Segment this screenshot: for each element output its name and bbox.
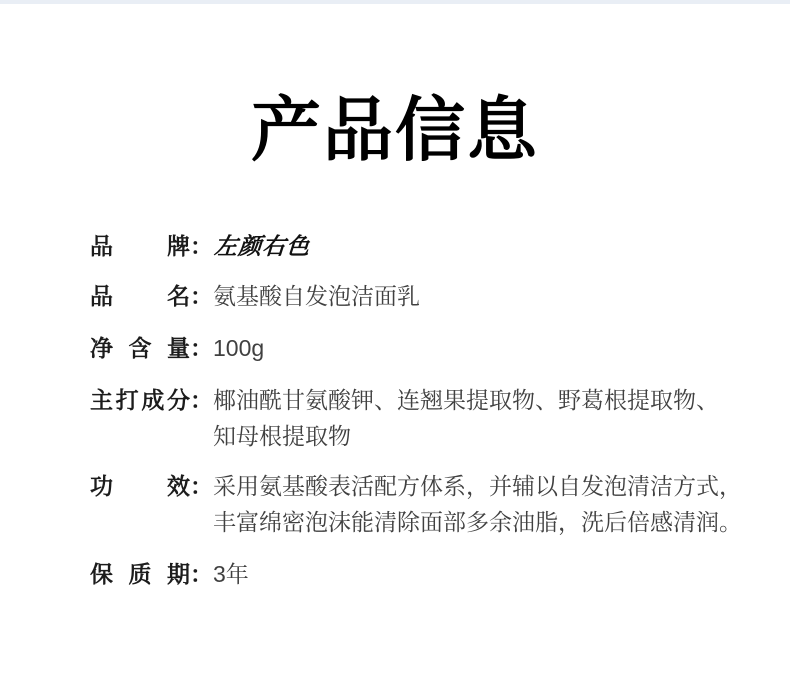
net-content-label: 净含量： — [90, 330, 213, 366]
colon: ： — [190, 556, 213, 592]
product-info-list: 品牌： 左颜右色 品名： 氨基酸自发泡洁面乳 净含量： 100g 主打成分： 椰… — [0, 228, 790, 592]
brand-label: 品牌： — [90, 228, 213, 264]
colon: ： — [190, 330, 213, 366]
row-shelf-life: 保质期： 3年 — [90, 556, 750, 592]
row-efficacy: 功效： 采用氨基酸表活配方体系，并辅以自发泡清洁方式，丰富绵密泡沫能清除面部多余… — [90, 468, 750, 540]
row-brand: 品牌： 左颜右色 — [90, 228, 750, 264]
main-ingredients-value: 椰油酰甘氨酸钾、连翘果提取物、野葛根提取物、知母根提取物 — [213, 382, 719, 454]
shelf-life-value: 3年 — [213, 556, 249, 592]
colon: ： — [190, 278, 213, 314]
product-name-value: 氨基酸自发泡洁面乳 — [213, 278, 420, 314]
brand-value: 左颜右色 — [213, 228, 312, 264]
main-ingredients-label: 主打成分： — [90, 382, 213, 418]
product-info-page: 产品信息 品牌： 左颜右色 品名： 氨基酸自发泡洁面乳 净含量： 100g 主打… — [0, 0, 790, 689]
colon: ： — [190, 468, 213, 504]
page-title: 产品信息 — [0, 88, 790, 172]
efficacy-value: 采用氨基酸表活配方体系，并辅以自发泡清洁方式，丰富绵密泡沫能清除面部多余油脂，洗… — [213, 468, 742, 540]
product-name-label: 品名： — [90, 278, 213, 314]
row-main-ingredients: 主打成分： 椰油酰甘氨酸钾、连翘果提取物、野葛根提取物、知母根提取物 — [90, 382, 750, 454]
efficacy-label: 功效： — [90, 468, 213, 504]
net-content-value: 100g — [213, 330, 264, 366]
shelf-life-label: 保质期： — [90, 556, 213, 592]
colon: ： — [190, 382, 213, 418]
row-product-name: 品名： 氨基酸自发泡洁面乳 — [90, 278, 750, 314]
top-divider-strip — [0, 0, 790, 4]
row-net-content: 净含量： 100g — [90, 330, 750, 366]
colon: ： — [190, 228, 213, 264]
